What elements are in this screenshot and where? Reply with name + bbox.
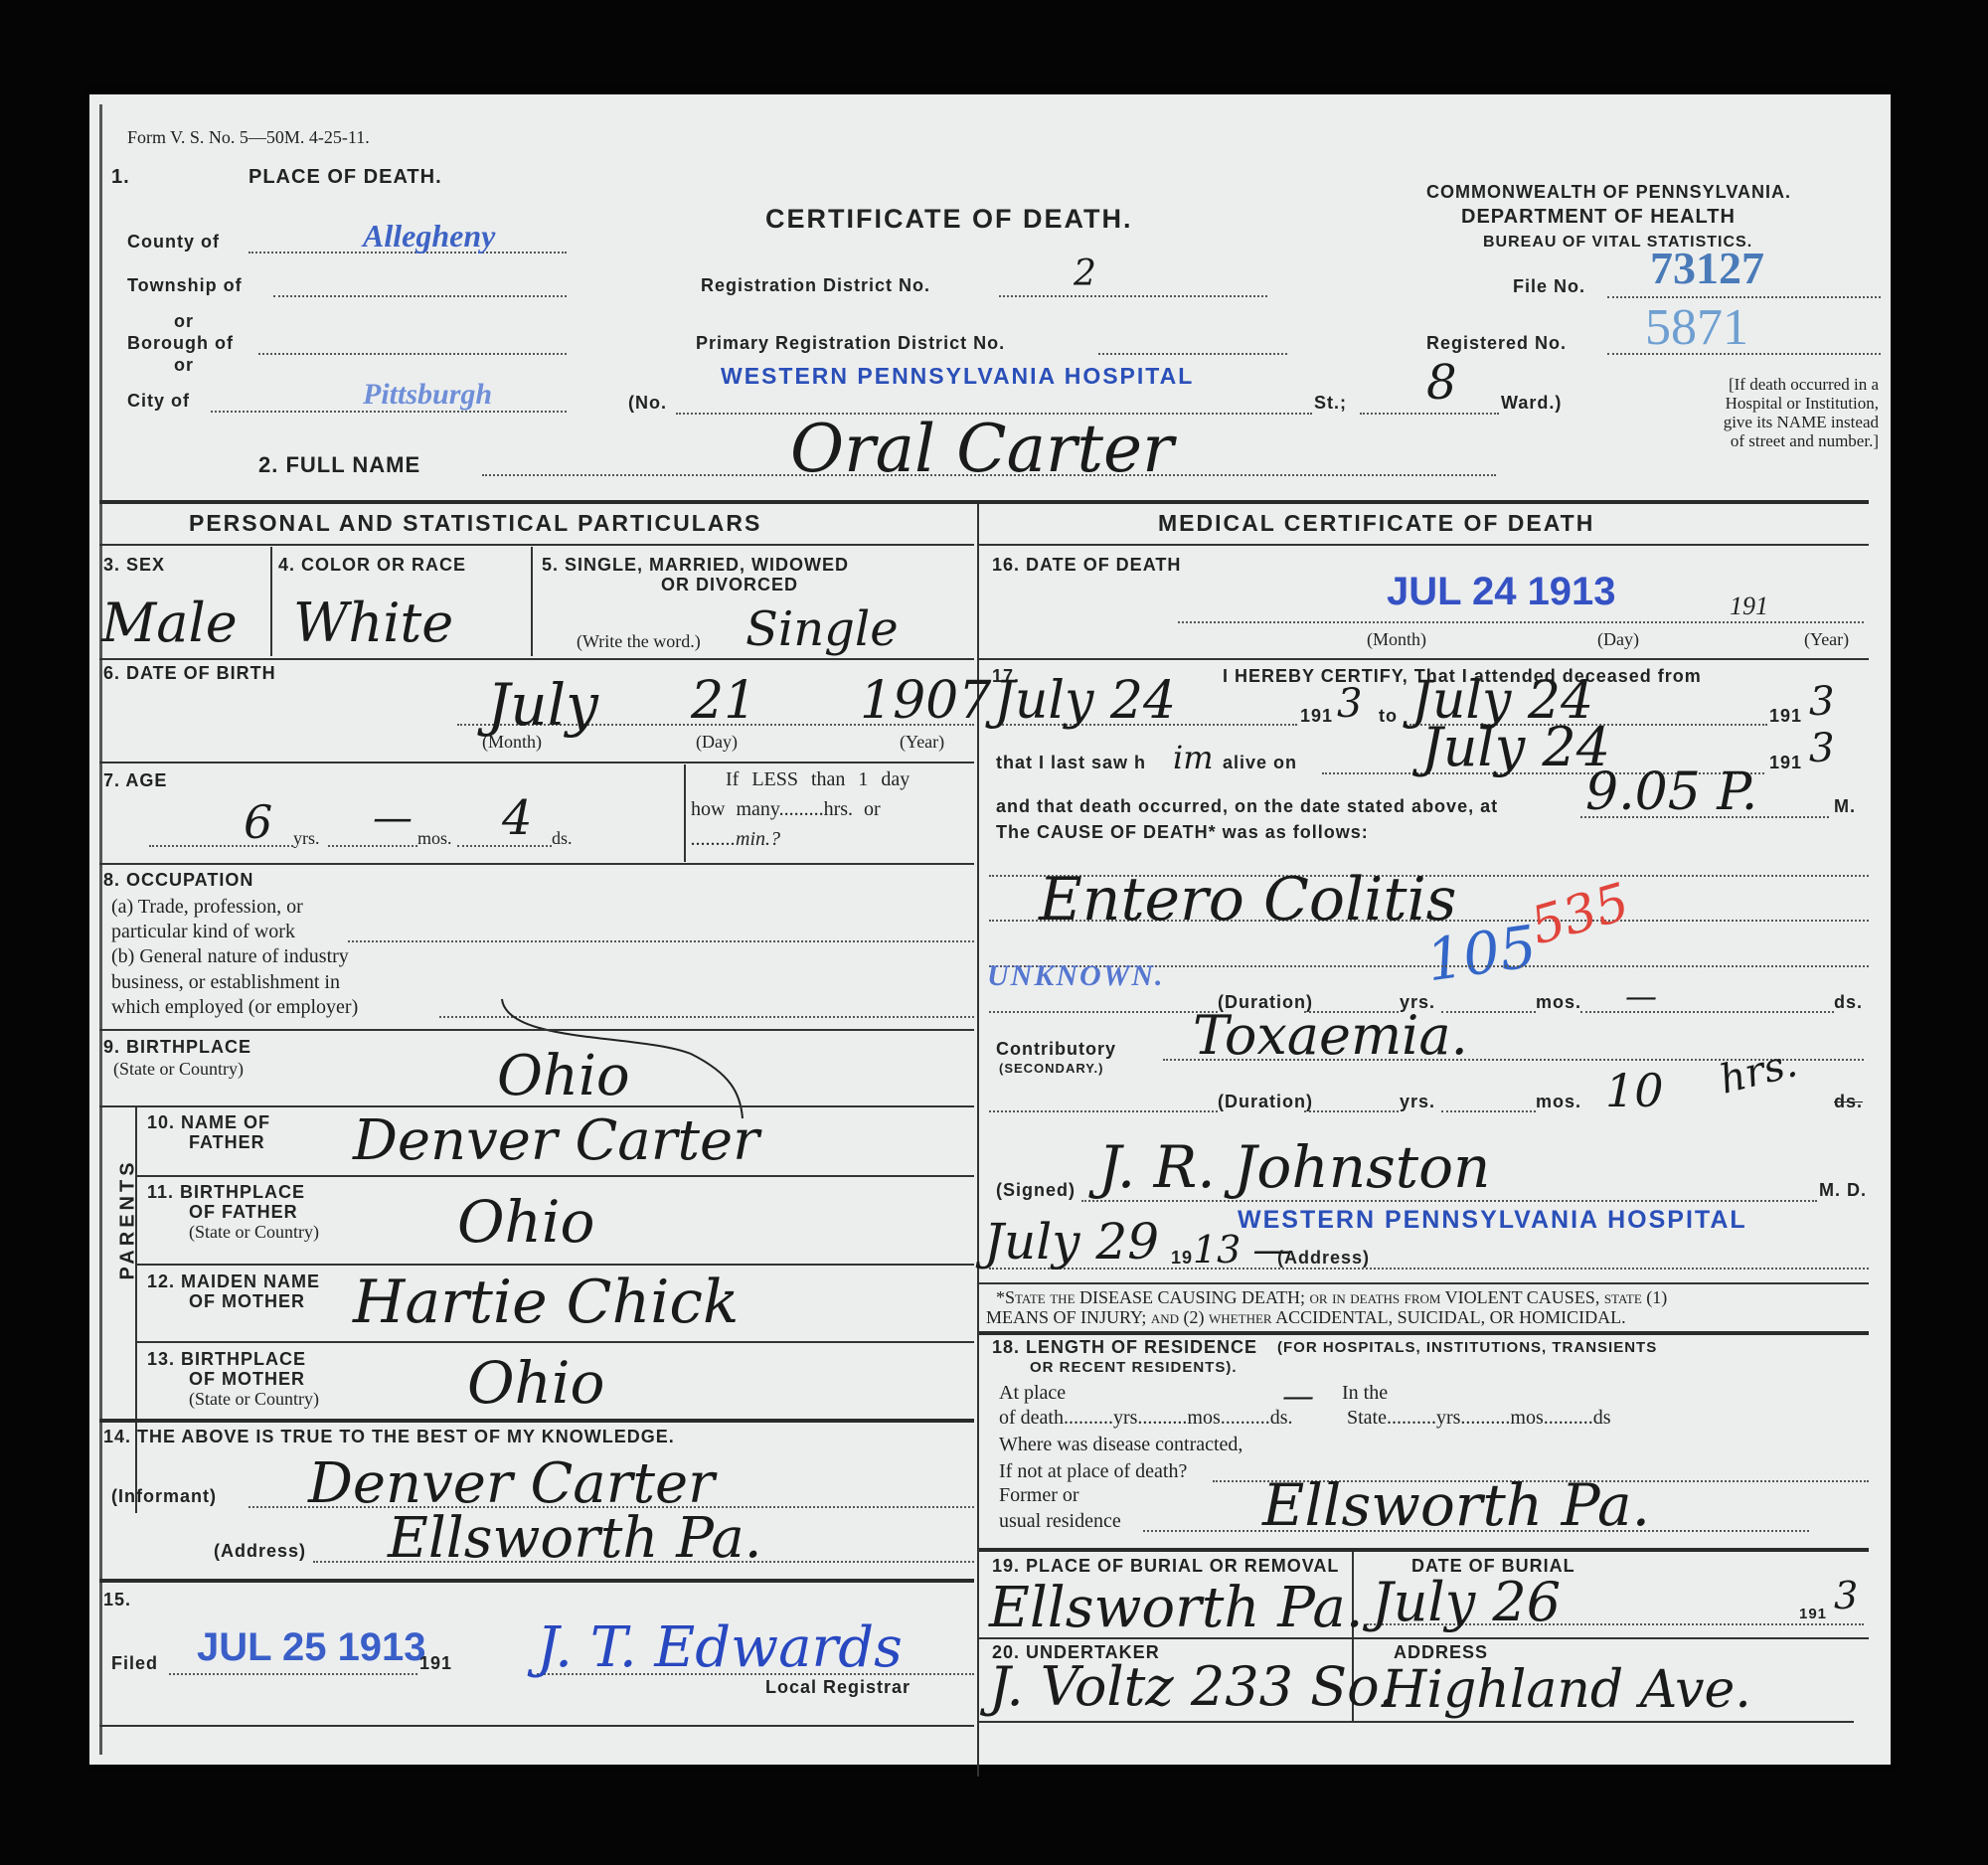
informant-label: (Informant) <box>111 1486 217 1507</box>
dod-year-prefix: 191 <box>1730 592 1768 621</box>
death-certificate: Form V. S. No. 5—50M. 4-25-11. 1. PLACE … <box>89 94 1891 1765</box>
city-value: Pittsburgh <box>363 378 492 412</box>
footnote-line-1: *State the DISEASE CAUSING DEATH; or in … <box>996 1287 1667 1308</box>
duration-2-label: (Duration) <box>1218 1092 1313 1112</box>
burial-date-value: July 26 <box>1372 1571 1561 1633</box>
signed-address-label: (Address) <box>1277 1248 1370 1269</box>
signed-label: (Signed) <box>996 1180 1076 1201</box>
sheet-border <box>99 104 102 1755</box>
attended-from-year: 3 <box>1337 681 1362 727</box>
filed-stamp: JUL 25 1913 <box>197 1625 426 1670</box>
certificate-title: CERTIFICATE OF DEATH. <box>765 204 1132 235</box>
street-number-label: (No. <box>628 393 667 414</box>
mother-name-label-2: OF MOTHER <box>189 1291 305 1312</box>
dob-day: 21 <box>691 671 756 731</box>
at-place-label-1: At place <box>999 1382 1066 1405</box>
age-ds-label: ds. <box>552 828 573 849</box>
file-number-value: 73127 <box>1650 242 1764 294</box>
or-label-1: or <box>174 311 194 332</box>
age-days: 4 <box>502 790 533 846</box>
mother-birthplace-label: 13. BIRTHPLACE <box>147 1349 306 1370</box>
last-saw-pronoun: im <box>1173 739 1214 776</box>
residence-label-paren: (FOR HOSPITALS, INSTITUTIONS, TRANSIENTS <box>1277 1339 1657 1356</box>
city-label: City of <box>127 391 190 412</box>
less-than-day-1: If LESS than 1 day <box>726 768 910 791</box>
contributory-label: Contributory <box>996 1039 1116 1060</box>
age-mos-label: mos. <box>417 828 452 849</box>
duration-2-unit: hrs. <box>1716 1040 1802 1103</box>
duration-2-yrs: yrs. <box>1400 1092 1435 1112</box>
township-label: Township of <box>127 275 243 296</box>
cause-code-blue: 105 <box>1422 913 1541 995</box>
less-than-day-3: .........min.? <box>691 828 780 851</box>
residence-label-2: OR RECENT RESIDENTS). <box>1030 1359 1238 1376</box>
last-saw-text-1: that I last saw h <box>996 753 1146 773</box>
primary-registration-label: Primary Registration District No. <box>696 333 1005 354</box>
dod-month-caption: (Month) <box>1367 629 1426 650</box>
birthplace-hint: (State or Country) <box>113 1059 244 1080</box>
occurred-text: and that death occurred, on the date sta… <box>996 796 1498 817</box>
section-1-number: 1. <box>111 166 130 189</box>
section-15-number: 15. <box>103 1590 131 1611</box>
marital-value: Single <box>745 601 899 657</box>
attended-to-year: 3 <box>1809 679 1834 725</box>
medical-heading: MEDICAL CERTIFICATE OF DEATH <box>1158 510 1594 537</box>
time-of-death: 9.05 P. <box>1585 763 1757 822</box>
last-saw-year-prefix: 191 <box>1769 753 1802 773</box>
undertaker-address-value: Highland Ave. <box>1382 1660 1751 1720</box>
dod-day-caption: (Day) <box>1597 629 1639 650</box>
dob-year-caption: (Year) <box>900 732 944 753</box>
dod-stamp: JUL 24 1913 <box>1387 570 1616 614</box>
attended-from-date: July 24 <box>994 671 1176 731</box>
mother-birthplace-value: Ohio <box>467 1349 604 1417</box>
father-name-label: 10. NAME OF <box>147 1112 270 1133</box>
cause-code-red: 535 <box>1525 872 1636 956</box>
county-label: County of <box>127 232 220 253</box>
informant-address-label: (Address) <box>214 1541 306 1562</box>
dob-month-caption: (Month) <box>482 732 542 753</box>
county-value: Allegheny <box>363 218 495 254</box>
cause-of-death-value: Entero Colitis <box>1039 865 1456 934</box>
occupation-b-line-1: (b) General nature of industry <box>111 945 349 968</box>
former-residence-label-1: Former or <box>999 1484 1079 1507</box>
former-residence-value: Ellsworth Pa. <box>1262 1471 1650 1539</box>
last-saw-text-2: alive on <box>1223 753 1297 773</box>
mother-birthplace-hint: (State or Country) <box>189 1389 319 1410</box>
hospital-stamp-place: WESTERN PENNSYLVANIA HOSPITAL <box>721 363 1194 390</box>
burial-year: 3 <box>1834 1574 1858 1617</box>
or-label-2: or <box>174 355 194 376</box>
physician-signature: J. R. Johnston <box>1098 1133 1490 1201</box>
residence-label: 18. LENGTH OF RESIDENCE <box>992 1337 1257 1358</box>
unknown-stamp: UNKNOWN. <box>987 959 1165 993</box>
burial-year-prefix: 191 <box>1799 1606 1827 1622</box>
dob-year: 1907 <box>860 671 991 731</box>
marital-label-2: OR DIVORCED <box>661 575 798 595</box>
full-name-value: Oral Carter <box>790 411 1174 487</box>
mother-name-label: 12. MAIDEN NAME <box>147 1272 320 1292</box>
marital-label: 5. SINGLE, MARRIED, WIDOWED <box>542 555 849 576</box>
informant-heading: 14. THE ABOVE IS TRUE TO THE BEST OF MY … <box>103 1427 675 1447</box>
street-label: St.; <box>1314 393 1347 414</box>
secondary-label: (SECONDARY.) <box>999 1061 1103 1076</box>
filed-year-prefix: 191 <box>419 1653 452 1674</box>
contributory-value: Toxaemia. <box>1193 1004 1468 1067</box>
attended-to-year-prefix: 191 <box>1769 706 1802 727</box>
occupation-a-line-1: (a) Trade, profession, or <box>111 896 303 919</box>
at-place-days-value: — <box>1282 1377 1314 1415</box>
occupation-b-line-3: which employed (or employer) <box>111 996 358 1019</box>
registered-number-value: 5871 <box>1645 298 1748 357</box>
borough-label: Borough of <box>127 333 234 354</box>
in-state-label-2: State..........yrs..........mos.........… <box>1347 1407 1611 1430</box>
to-label: to <box>1379 706 1398 727</box>
mother-birthplace-label-2: OF MOTHER <box>189 1369 305 1390</box>
agency-line-1: COMMONWEALTH OF PENNSYLVANIA. <box>1426 182 1791 203</box>
sex-value: Male <box>101 592 238 654</box>
hospital-stamp-medical: WESTERN PENNSYLVANIA HOSPITAL <box>1238 1206 1747 1235</box>
father-birthplace-hint: (State or Country) <box>189 1222 319 1243</box>
file-number-label: File No. <box>1513 276 1585 297</box>
former-residence-label-2: usual residence <box>999 1510 1121 1533</box>
marital-hint: (Write the word.) <box>577 631 701 652</box>
dob-month: July <box>487 671 598 739</box>
registered-number-label: Registered No. <box>1426 333 1567 354</box>
in-state-label-1: In the <box>1342 1382 1388 1405</box>
dod-year-caption: (Year) <box>1804 629 1849 650</box>
md-label: M. D. <box>1819 1180 1867 1201</box>
registration-district-value: 2 <box>1074 254 1096 294</box>
informant-address-value: Ellsworth Pa. <box>388 1506 762 1571</box>
age-years: 6 <box>244 795 272 849</box>
occupation-a-line-2: particular kind of work <box>111 921 295 943</box>
father-name-value: Denver Carter <box>353 1108 759 1173</box>
cause-text: The CAUSE OF DEATH* was as follows: <box>996 822 1369 843</box>
age-months: — <box>373 795 413 841</box>
burial-place-label: 19. PLACE OF BURIAL OR REMOVAL <box>992 1556 1339 1577</box>
signed-year: 13 — <box>1193 1228 1290 1272</box>
duration-1-days-value: — <box>1625 977 1657 1015</box>
duration-1-mos: mos. <box>1536 992 1581 1013</box>
duration-1-ds: ds. <box>1834 992 1863 1013</box>
age-yrs-label: yrs. <box>293 828 320 849</box>
duration-2-mos: mos. <box>1536 1092 1581 1112</box>
ward-value: 8 <box>1426 355 1457 411</box>
last-saw-date: July 24 <box>1421 716 1610 778</box>
full-name-label: 2. FULL NAME <box>258 452 420 478</box>
birthplace-value: Ohio <box>497 1044 630 1108</box>
duration-2-ds: ds. <box>1834 1092 1863 1112</box>
place-of-death-heading: PLACE OF DEATH. <box>248 166 442 189</box>
father-birthplace-value: Ohio <box>457 1188 594 1256</box>
where-contracted-2: If not at place of death? <box>999 1460 1187 1483</box>
burial-place-value: Ellsworth Pa. <box>989 1576 1364 1640</box>
am-pm-label: M. <box>1834 796 1856 817</box>
signed-date: July 29 <box>984 1213 1159 1271</box>
hospital-note: [If death occurred in a Hospital or Inst… <box>1625 375 1879 450</box>
at-place-label-2: of death..........yrs..........mos......… <box>999 1407 1293 1430</box>
registration-district-label: Registration District No. <box>701 275 930 296</box>
occupation-b-line-2: business, or establishment in <box>111 971 340 994</box>
registrar-signature: J. T. Edwards <box>537 1615 903 1680</box>
agency-line-2: DEPARTMENT OF HEALTH <box>1461 206 1736 229</box>
dob-label: 6. DATE OF BIRTH <box>103 663 276 684</box>
father-birthplace-label: 11. BIRTHPLACE <box>147 1182 305 1203</box>
less-than-day-2: how many.........hrs. or <box>691 798 881 821</box>
father-name-label-2: FATHER <box>189 1132 265 1153</box>
sex-label: 3. SEX <box>103 555 165 576</box>
race-value: White <box>293 592 453 654</box>
last-saw-year: 3 <box>1809 726 1834 771</box>
father-birthplace-label-2: OF FATHER <box>189 1202 298 1223</box>
age-label: 7. AGE <box>103 770 167 791</box>
form-number: Form V. S. No. 5—50M. 4-25-11. <box>127 127 370 148</box>
dob-day-caption: (Day) <box>696 732 738 753</box>
mother-name-value: Hartie Chick <box>353 1268 739 1337</box>
duration-2-value: 10 <box>1605 1064 1664 1117</box>
signed-year-prefix: 19 <box>1171 1248 1193 1269</box>
footnote-line-2: MEANS OF INJURY; and (2) whether ACCIDEN… <box>986 1307 1626 1328</box>
birthplace-label: 9. BIRTHPLACE <box>103 1037 251 1058</box>
attended-from-year-prefix: 191 <box>1300 706 1333 727</box>
dod-label: 16. DATE OF DEATH <box>992 555 1181 576</box>
registrar-label: Local Registrar <box>765 1677 911 1698</box>
occupation-label: 8. OCCUPATION <box>103 870 253 891</box>
where-contracted-1: Where was disease contracted, <box>999 1434 1242 1456</box>
undertaker-value: J. Voltz 233 So. <box>989 1655 1396 1718</box>
filed-label: Filed <box>111 1653 158 1674</box>
race-label: 4. COLOR OR RACE <box>278 555 466 576</box>
ward-label: Ward.) <box>1501 393 1562 414</box>
personal-heading: PERSONAL AND STATISTICAL PARTICULARS <box>189 510 761 537</box>
